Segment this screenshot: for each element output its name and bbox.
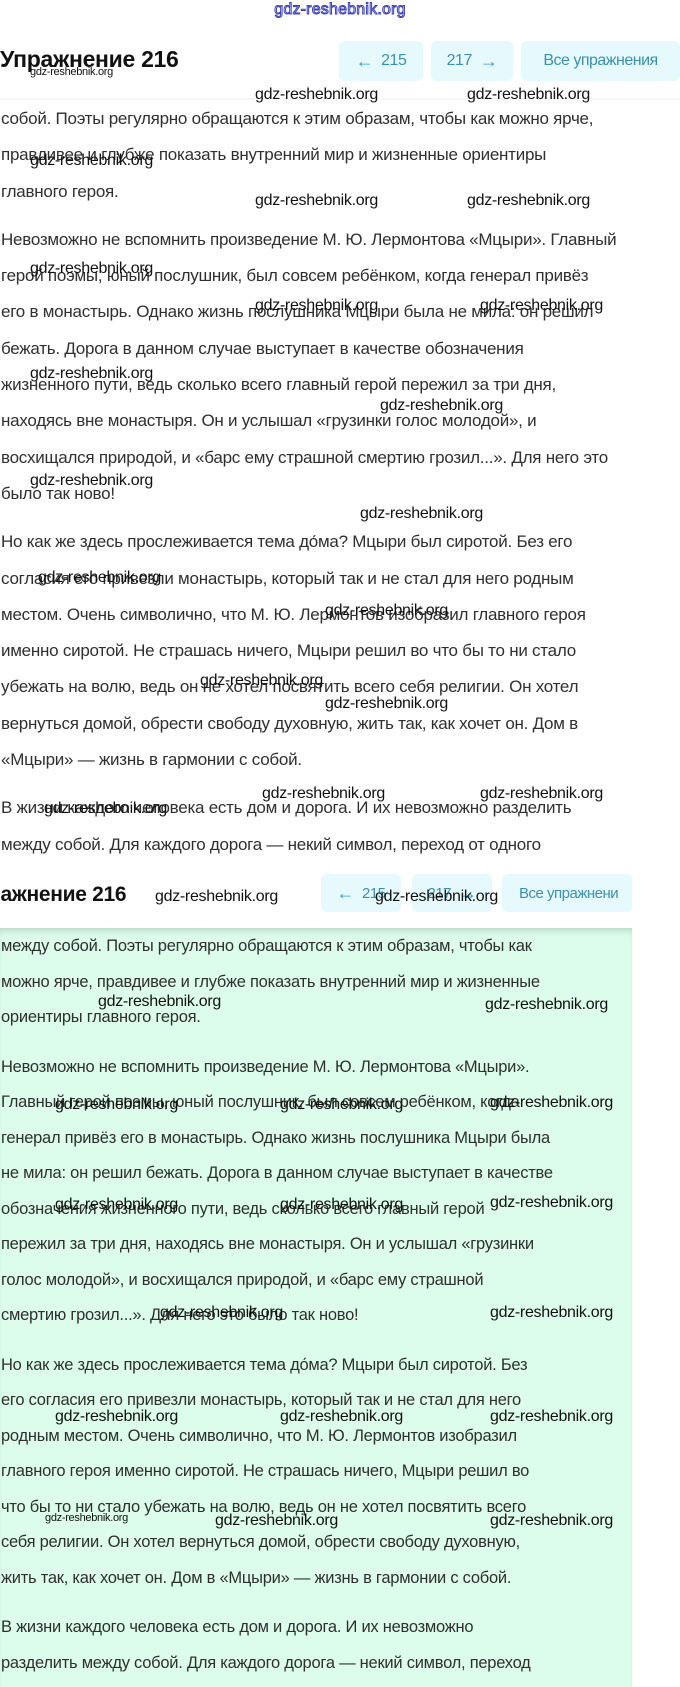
text-line: именно сиротой. Не страшась ничего, Мцыр… xyxy=(0,633,680,669)
watermark-text: gdz-reshebnik.org xyxy=(380,397,503,415)
text-line: Но как же здесь прослеживается тема до́м… xyxy=(0,524,680,560)
text-line: между собой. Для каждого дорога — некий … xyxy=(0,827,680,863)
next-exercise-label: 217 xyxy=(447,52,472,70)
watermark-text: gdz-reshebnik.org xyxy=(160,1304,283,1322)
watermark-text: gdz-reshebnik.org xyxy=(200,672,323,690)
watermark-text: gdz-reshebnik.org xyxy=(215,1512,338,1530)
watermark-text: gdz-reshebnik.org xyxy=(55,1096,178,1114)
watermark-text: gdz-reshebnik.org xyxy=(55,1196,178,1214)
all-exercises-button[interactable]: Все упражнения xyxy=(521,41,680,81)
text-line: бежать. Дорога в данном случае выступает… xyxy=(0,331,680,367)
watermark-text: gdz-reshebnik.org xyxy=(262,785,385,803)
watermark-text: gdz-reshebnik.org xyxy=(490,1094,613,1112)
watermark-text: gdz-reshebnik.org xyxy=(480,785,603,803)
page-title-duplicate: ражнение 216 xyxy=(0,883,126,907)
all-exercises-label: Все упражнени xyxy=(519,885,618,902)
watermark-text: gdz-reshebnik.org xyxy=(280,1408,403,1426)
text-line: Невозможно не вспомнить произведение М. … xyxy=(0,222,680,258)
prev-exercise-label: 215 xyxy=(381,52,406,70)
watermark-text: gdz-reshebnik.org xyxy=(38,569,161,587)
text-line: пережил за три дня, находясь вне монасты… xyxy=(0,1226,632,1262)
watermark-text: gdz-reshebnik.org xyxy=(45,1512,128,1524)
text-line: «Мцыри» — жизнь в гармонии с собой. xyxy=(0,742,680,778)
watermark-text: gdz-reshebnik.org xyxy=(325,602,448,620)
text-line: между собой. Поэты регулярно обращаются … xyxy=(0,928,632,964)
watermark-text: gdz-reshebnik.org xyxy=(375,888,498,906)
arrow-left-icon: ← xyxy=(356,51,374,72)
paragraph: между собой. Поэты регулярно обращаются … xyxy=(0,928,632,1035)
text-line: генерал привёз его в монастырь. Однако ж… xyxy=(0,1120,632,1156)
watermark-text: gdz-reshebnik.org xyxy=(30,66,113,78)
text-line: находясь вне монастыря. Он и услышал «гр… xyxy=(0,403,680,439)
watermark-text: gdz-reshebnik.org xyxy=(30,365,153,383)
watermark-text: gdz-reshebnik.org xyxy=(325,695,448,713)
watermark-text: gdz-reshebnik.org xyxy=(30,472,153,490)
watermark-text: gdz-reshebnik.org xyxy=(280,1096,403,1114)
text-line: Но как же здесь прослеживается тема до́м… xyxy=(0,1347,632,1383)
watermark-text: gdz-reshebnik.org xyxy=(467,86,590,104)
paragraph-gap xyxy=(0,1595,632,1609)
watermark-text: gdz-reshebnik.org xyxy=(155,888,278,906)
watermark-text: gdz-reshebnik.org xyxy=(490,1304,613,1322)
paragraph: Но как же здесь прослеживается тема до́м… xyxy=(0,1347,632,1596)
arrow-left-icon: ← xyxy=(336,883,354,904)
text-line: главного героя именно сиротой. Не страша… xyxy=(0,1453,632,1489)
next-exercise-button[interactable]: 217 → xyxy=(431,41,513,81)
watermark-text: gdz-reshebnik.org xyxy=(255,297,378,315)
text-line: Невозможно не вспомнить произведение М. … xyxy=(0,1049,632,1085)
watermark-text: gdz-reshebnik.org xyxy=(360,505,483,523)
watermark-text: gdz-reshebnik.org xyxy=(255,86,378,104)
prev-exercise-button[interactable]: ← 215 xyxy=(339,41,423,81)
arrow-right-icon: → xyxy=(480,51,498,72)
site-watermark: gdz-reshebnik.org xyxy=(0,1,680,19)
text-line: восхищался природой, и «барс ему страшно… xyxy=(0,440,680,476)
paragraph: Но как же здесь прослеживается тема до́м… xyxy=(0,524,680,778)
paragraph-gap xyxy=(0,210,680,222)
watermark-text: gdz-reshebnik.org xyxy=(30,152,153,170)
all-exercises-label: Все упражнения xyxy=(543,52,657,70)
watermark-text: gdz-reshebnik.org xyxy=(30,260,153,278)
watermark-text: gdz-reshebnik.org xyxy=(280,1196,403,1214)
paragraph: В жизни каждого человека есть дом и доро… xyxy=(0,1609,632,1680)
watermark-text: gdz-reshebnik.org xyxy=(490,1408,613,1426)
text-line: голос молодой», и восхищался природой, и… xyxy=(0,1262,632,1298)
watermark-text: gdz-reshebnik.org xyxy=(490,1512,613,1530)
text-line: можно ярче, правдивее и глубже показать … xyxy=(0,964,632,1000)
watermark-text: gdz-reshebnik.org xyxy=(490,1194,613,1212)
exercise-header-duplicate: ражнение 216 ← 215 217 → Все упражнени xyxy=(0,866,632,928)
watermark-text: gdz-reshebnik.org xyxy=(55,1408,178,1426)
watermark-text: gdz-reshebnik.org xyxy=(480,297,603,315)
text-line: собой. Поэты регулярно обращаются к этим… xyxy=(0,101,680,137)
text-line: разделить между собой. Для каждого дорог… xyxy=(0,1645,632,1681)
paragraph-gap xyxy=(0,1035,632,1049)
paragraph-gap xyxy=(0,512,680,524)
watermark-text: gdz-reshebnik.org xyxy=(98,993,221,1011)
paragraph: Невозможно не вспомнить произведение М. … xyxy=(0,1049,632,1333)
watermark-text: gdz-reshebnik.org xyxy=(44,800,167,818)
text-line: не мила: он решил бежать. Дорога в данно… xyxy=(0,1155,632,1191)
watermark-text: gdz-reshebnik.org xyxy=(255,192,378,210)
paragraph-gap xyxy=(0,1333,632,1347)
watermark-text: gdz-reshebnik.org xyxy=(467,192,590,210)
text-line: В жизни каждого человека есть дом и доро… xyxy=(0,1609,632,1645)
text-line: жить так, как хочет он. Дом в «Мцыри» — … xyxy=(0,1560,632,1596)
watermark-text: gdz-reshebnik.org xyxy=(485,996,608,1014)
all-exercises-button-duplicate[interactable]: Все упражнени xyxy=(502,874,632,912)
